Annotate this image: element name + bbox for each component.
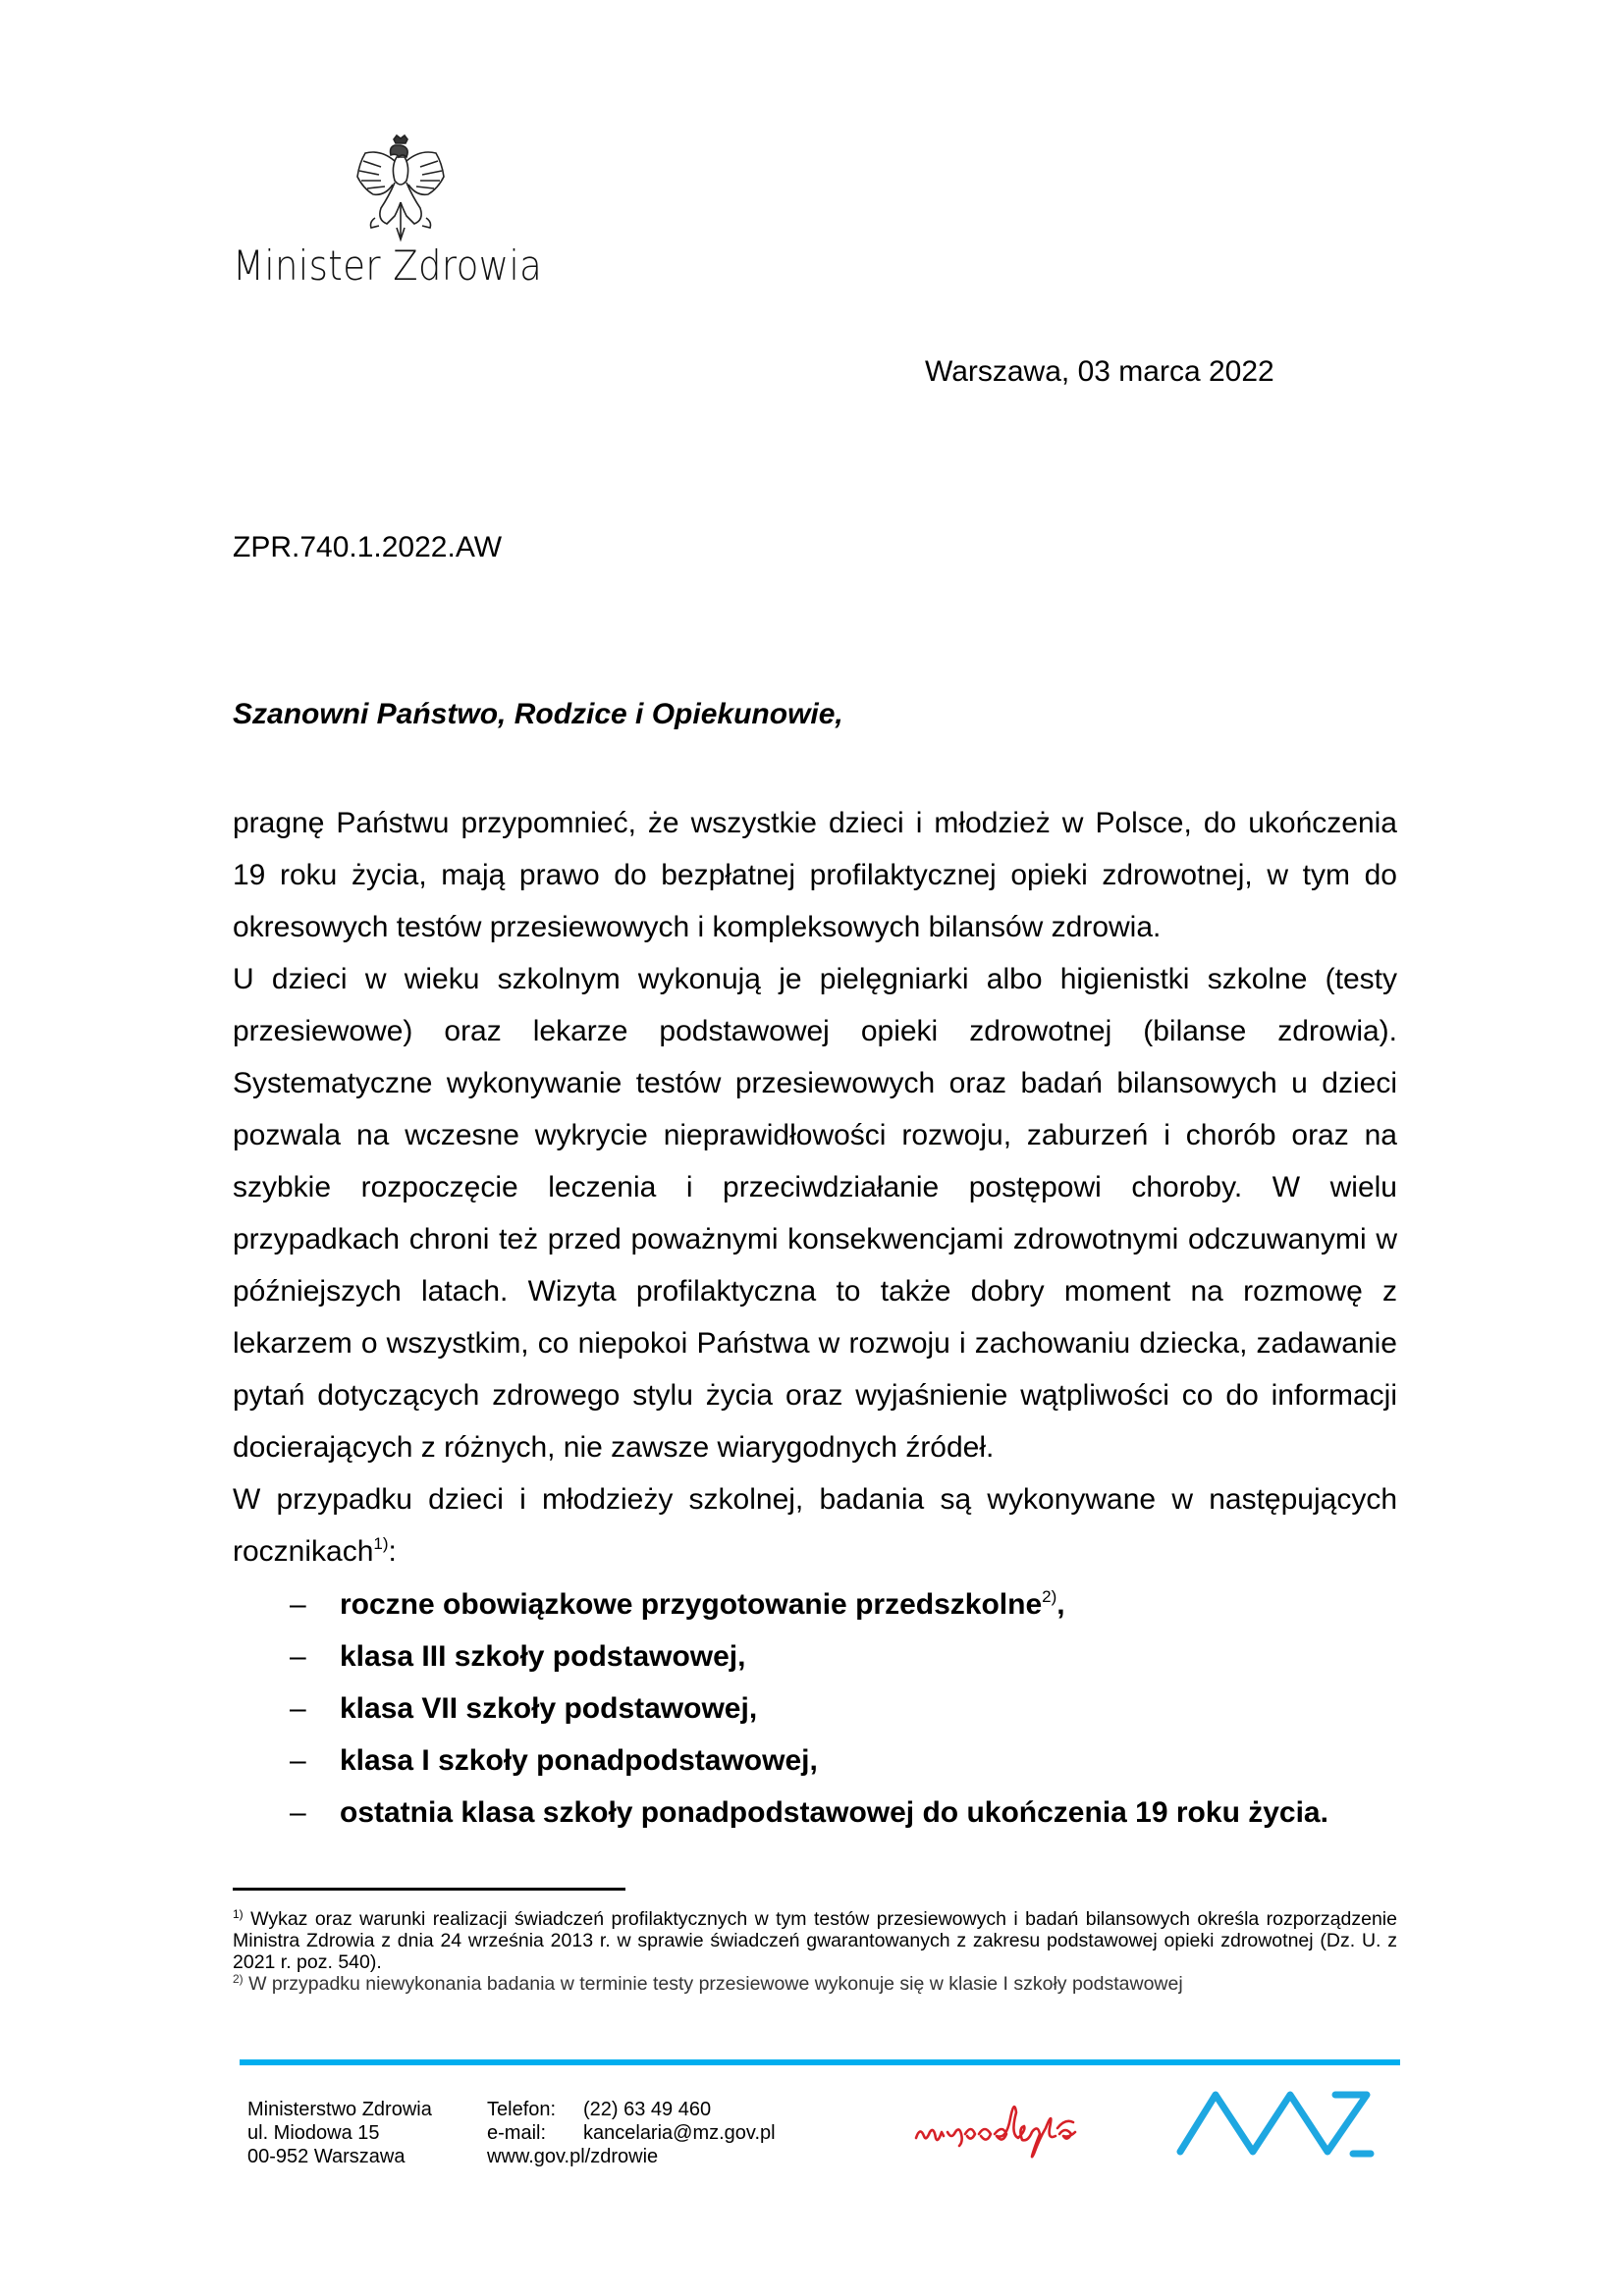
letter-body: pragnę Państwu przypomnieć, że wszystkie…	[233, 797, 1397, 1577]
footer-contact: Telefon: (22) 63 49 460 e-mail: kancelar…	[487, 2098, 776, 2168]
paragraph-3-colon: :	[389, 1535, 397, 1568]
footnote-marker: 2)	[233, 1972, 244, 1986]
dash-bullet-icon: –	[233, 1735, 340, 1787]
footer-address: Ministerstwo Zdrowia ul. Miodowa 15 00-9…	[247, 2098, 432, 2168]
list-item-text: klasa VII szkoły podstawowej,	[340, 1682, 757, 1735]
footer-rule	[240, 2059, 1400, 2065]
dash-bullet-icon: –	[233, 1682, 340, 1735]
footnote-1: 1) Wykaz oraz warunki realizacji świadcz…	[233, 1908, 1397, 1973]
footnote-ref-2[interactable]: 2)	[1042, 1587, 1056, 1606]
date-line: Warszawa, 03 marca 2022	[925, 355, 1274, 389]
reference-number: ZPR.740.1.2022.AW	[233, 531, 502, 564]
salutation: Szanowni Państwo, Rodzice i Opiekunowie,	[233, 698, 843, 731]
paragraph-3-text: W przypadku dzieci i młodzieży szkolnej,…	[233, 1483, 1397, 1568]
list-item-suffix: ,	[1056, 1588, 1064, 1621]
phone-value[interactable]: (22) 63 49 460	[583, 2098, 711, 2121]
footnotes: 1) Wykaz oraz warunki realizacji świadcz…	[233, 1908, 1397, 1995]
list-item-text: ostatnia klasa szkoły ponadpodstawowej d…	[340, 1787, 1328, 1839]
dash-bullet-icon: –	[233, 1578, 340, 1630]
footer-email-row: e-mail: kancelaria@mz.gov.pl	[487, 2121, 776, 2145]
list-item-text: roczne obowiązkowe przygotowanie przedsz…	[340, 1588, 1042, 1621]
list-item: – klasa I szkoły ponadpodstawowej,	[233, 1735, 1397, 1787]
school-year-list: – roczne obowiązkowe przygotowanie przed…	[233, 1578, 1397, 1839]
footer-city: 00-952 Warszawa	[247, 2145, 432, 2168]
footnote-marker: 1)	[233, 1907, 244, 1921]
list-item-text: klasa I szkoły ponadpodstawowej,	[340, 1735, 818, 1787]
ministry-title: Minister Zdrowia	[233, 241, 542, 290]
footer-org-name: Ministerstwo Zdrowia	[247, 2098, 432, 2121]
list-item: – roczne obowiązkowe przygotowanie przed…	[233, 1578, 1397, 1630]
footnote-text: W przypadku niewykonania badania w termi…	[244, 1973, 1183, 1995]
dash-bullet-icon: –	[233, 1787, 340, 1839]
email-label: e-mail:	[487, 2121, 583, 2145]
paragraph-2: U dzieci w wieku szkolnym wykonują je pi…	[233, 953, 1397, 1473]
list-item: – klasa III szkoły podstawowej,	[233, 1630, 1397, 1682]
list-item: – klasa VII szkoły podstawowej,	[233, 1682, 1397, 1735]
website-link[interactable]: www.gov.pl/zdrowie	[487, 2145, 776, 2168]
footer-street: ul. Miodowa 15	[247, 2121, 432, 2145]
paragraph-3: W przypadku dzieci i młodzieży szkolnej,…	[233, 1473, 1397, 1577]
list-item-text: klasa III szkoły podstawowej,	[340, 1630, 745, 1682]
phone-label: Telefon:	[487, 2098, 583, 2121]
footnote-2: 2) W przypadku niewykonania badania w te…	[233, 1973, 1397, 1995]
polish-eagle-emblem-icon	[352, 133, 450, 243]
footer-phone-row: Telefon: (22) 63 49 460	[487, 2098, 776, 2121]
paragraph-1: pragnę Państwu przypomnieć, że wszystkie…	[233, 797, 1397, 953]
footnote-ref-1[interactable]: 1)	[373, 1534, 388, 1553]
email-link[interactable]: kancelaria@mz.gov.pl	[583, 2121, 776, 2145]
mz-logo-icon	[1176, 2089, 1382, 2169]
footnote-separator	[233, 1888, 625, 1891]
dash-bullet-icon: –	[233, 1630, 340, 1682]
list-item: – ostatnia klasa szkoły ponadpodstawowej…	[233, 1787, 1397, 1839]
footnote-text: Wykaz oraz warunki realizacji świadczeń …	[233, 1908, 1397, 1973]
niepodlegla-signature-logo-icon	[908, 2089, 1134, 2167]
